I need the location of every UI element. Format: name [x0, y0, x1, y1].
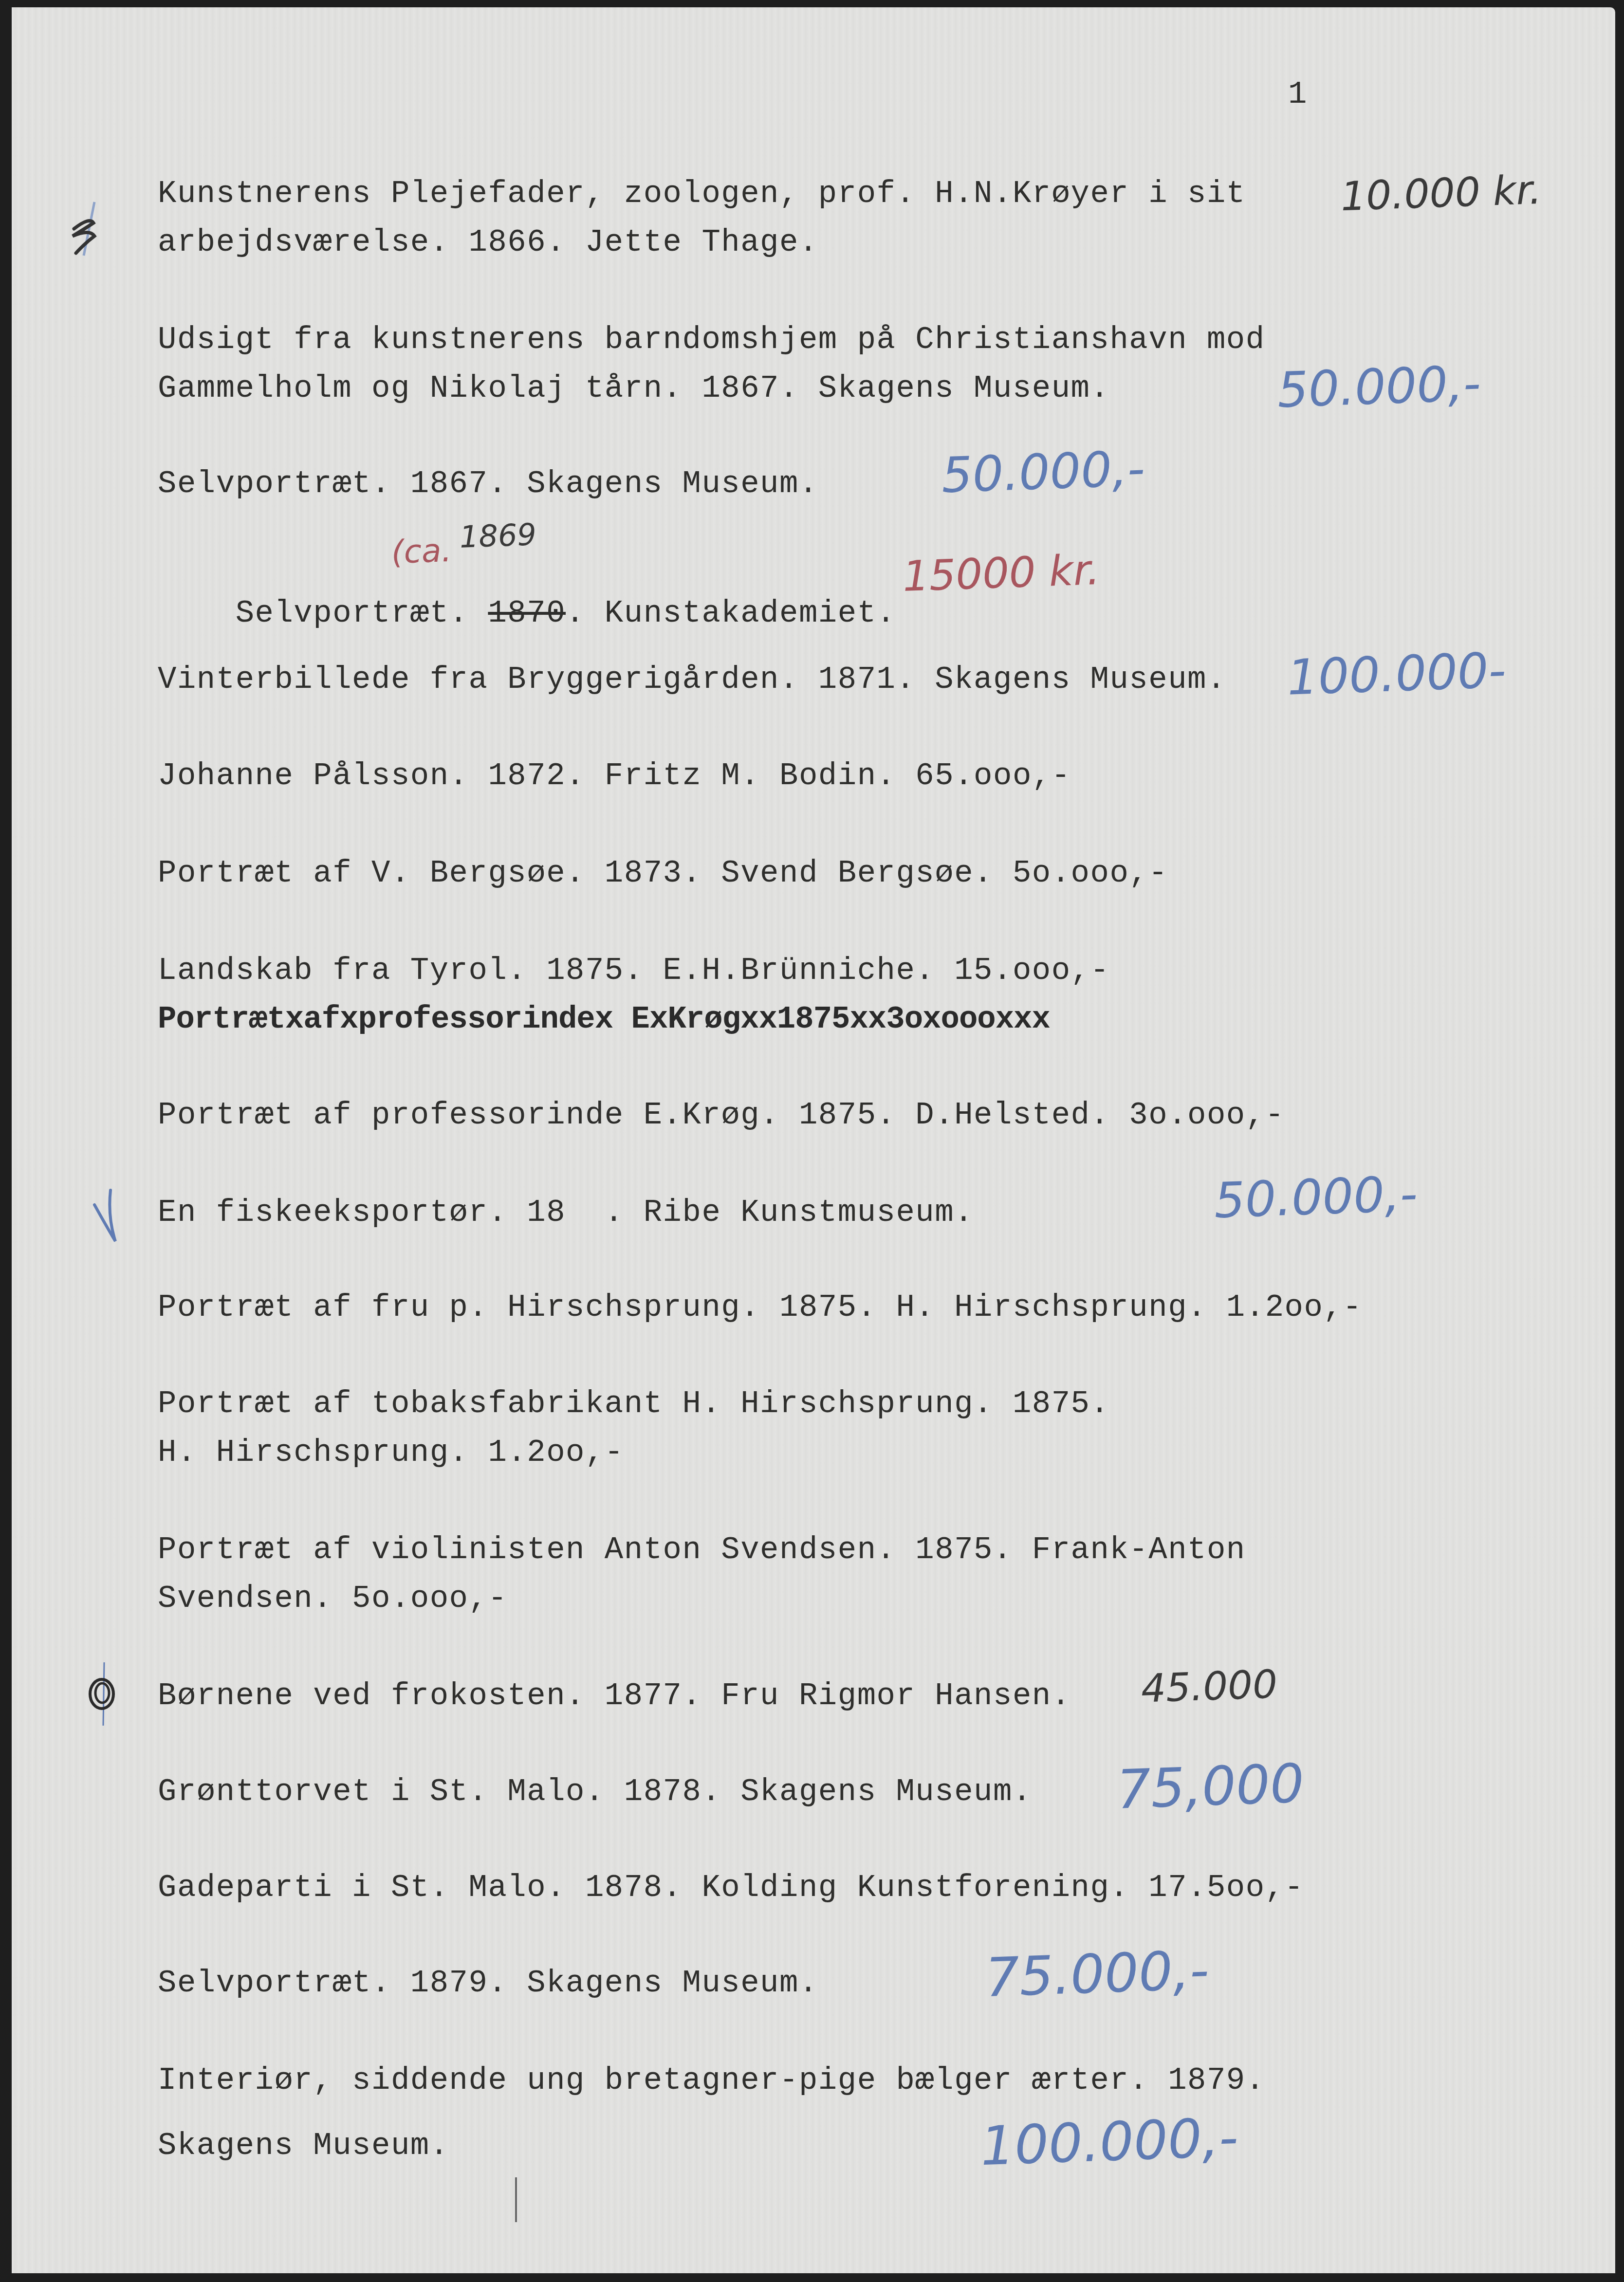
stray-pencil-mark: [515, 2177, 517, 2222]
entry-4-correction-year: 1869: [459, 519, 537, 552]
entry-10-price-annotation: 50.000,-: [1213, 1170, 1418, 1226]
page-number: 1: [1288, 79, 1308, 110]
entry-18-line-1: Interiør, siddende ung bretagner-pige bæ…: [158, 2065, 1265, 2097]
entry-14-price-annotation: 45.000: [1141, 1665, 1278, 1709]
entry-10-line-1: En fiskeeksportør. 18 . Ribe Kunstmuseum…: [158, 1197, 974, 1229]
entry-16-line-1: Gadeparti i St. Malo. 1878. Kolding Kuns…: [158, 1873, 1304, 1904]
entry-8-struck-line: Portrætxafxprofessorindex ExKrøgxx1875xx…: [158, 1004, 1050, 1035]
entry-9-line-1: Portræt af professorinde E.Krøg. 1875. D…: [158, 1100, 1285, 1131]
entry-2-line-2: Gammelholm og Nikolaj tårn. 1867. Skagen…: [158, 373, 1109, 405]
entry-1-price-annotation: 10.000 kr.: [1340, 170, 1542, 217]
entry-17-price-annotation: 75.000,-: [984, 1943, 1210, 2005]
document-page: 1 Kunstnerens Plejefader, zoologen, prof…: [12, 7, 1615, 2273]
entry-13-line-2: Svendsen. 5o.ooo,-: [158, 1583, 507, 1615]
entry-2-price-annotation: 50.000,-: [1276, 359, 1481, 415]
entry-4-prefix: Selvportræt.: [236, 596, 488, 631]
margin-circle-mark: [85, 1660, 119, 1730]
entry-5-price-annotation: 100.000-: [1286, 646, 1507, 702]
entry-6-line-1: Johanne Pålsson. 1872. Fritz M. Bodin. 6…: [158, 761, 1071, 792]
entry-12-line-2: H. Hirschsprung. 1.2oo,-: [158, 1437, 624, 1469]
entry-1-line-2: arbejdsværelse. 1866. Jette Thage.: [158, 227, 818, 258]
entry-3-line-1: Selvportræt. 1867. Skagens Museum.: [158, 469, 818, 500]
entry-17-line-1: Selvportræt. 1879. Skagens Museum.: [158, 1968, 818, 1999]
entry-4-correction-ca: (ca.: [391, 534, 452, 569]
entry-15-price-annotation: 75,000: [1116, 1756, 1305, 1816]
entry-1-line-1: Kunstnerens Plejefader, zoologen, prof. …: [158, 179, 1246, 210]
entry-4-price-annotation: 15000 kr.: [902, 549, 1101, 598]
entry-3-price-annotation: 50.000,-: [941, 444, 1145, 500]
entry-18-line-2: Skagens Museum.: [158, 2131, 449, 2162]
entry-14-line-1: Børnene ved frokosten. 1877. Fru Rigmor …: [158, 1681, 1071, 1712]
entry-8-line-1: Landskab fra Tyrol. 1875. E.H.Brünniche.…: [158, 956, 1109, 987]
entry-13-line-1: Portræt af violinisten Anton Svendsen. 1…: [158, 1535, 1246, 1566]
entry-4-line-1: Selvportræt. 1870. Kunstakademiet.: [158, 567, 896, 661]
margin-check-mark: [92, 1188, 121, 1249]
entry-18-price-annotation: 100.000,-: [979, 2111, 1239, 2173]
margin-scribble-mark: [70, 200, 104, 260]
entry-7-line-1: Portræt af V. Bergsøe. 1873. Svend Bergs…: [158, 858, 1168, 889]
entry-4-suffix: . Kunstakademiet.: [566, 596, 896, 631]
entry-12-line-1: Portræt af tobaksfabrikant H. Hirschspru…: [158, 1389, 1109, 1420]
entry-11-line-1: Portræt af fru p. Hirschsprung. 1875. H.…: [158, 1292, 1362, 1324]
entry-15-line-1: Grønttorvet i St. Malo. 1878. Skagens Mu…: [158, 1777, 1032, 1808]
entry-4-struck-year: 1870: [488, 596, 566, 631]
entry-2-line-1: Udsigt fra kunstnerens barndomshjem på C…: [158, 325, 1265, 356]
entry-5-line-1: Vinterbillede fra Bryggerigården. 1871. …: [158, 664, 1226, 696]
